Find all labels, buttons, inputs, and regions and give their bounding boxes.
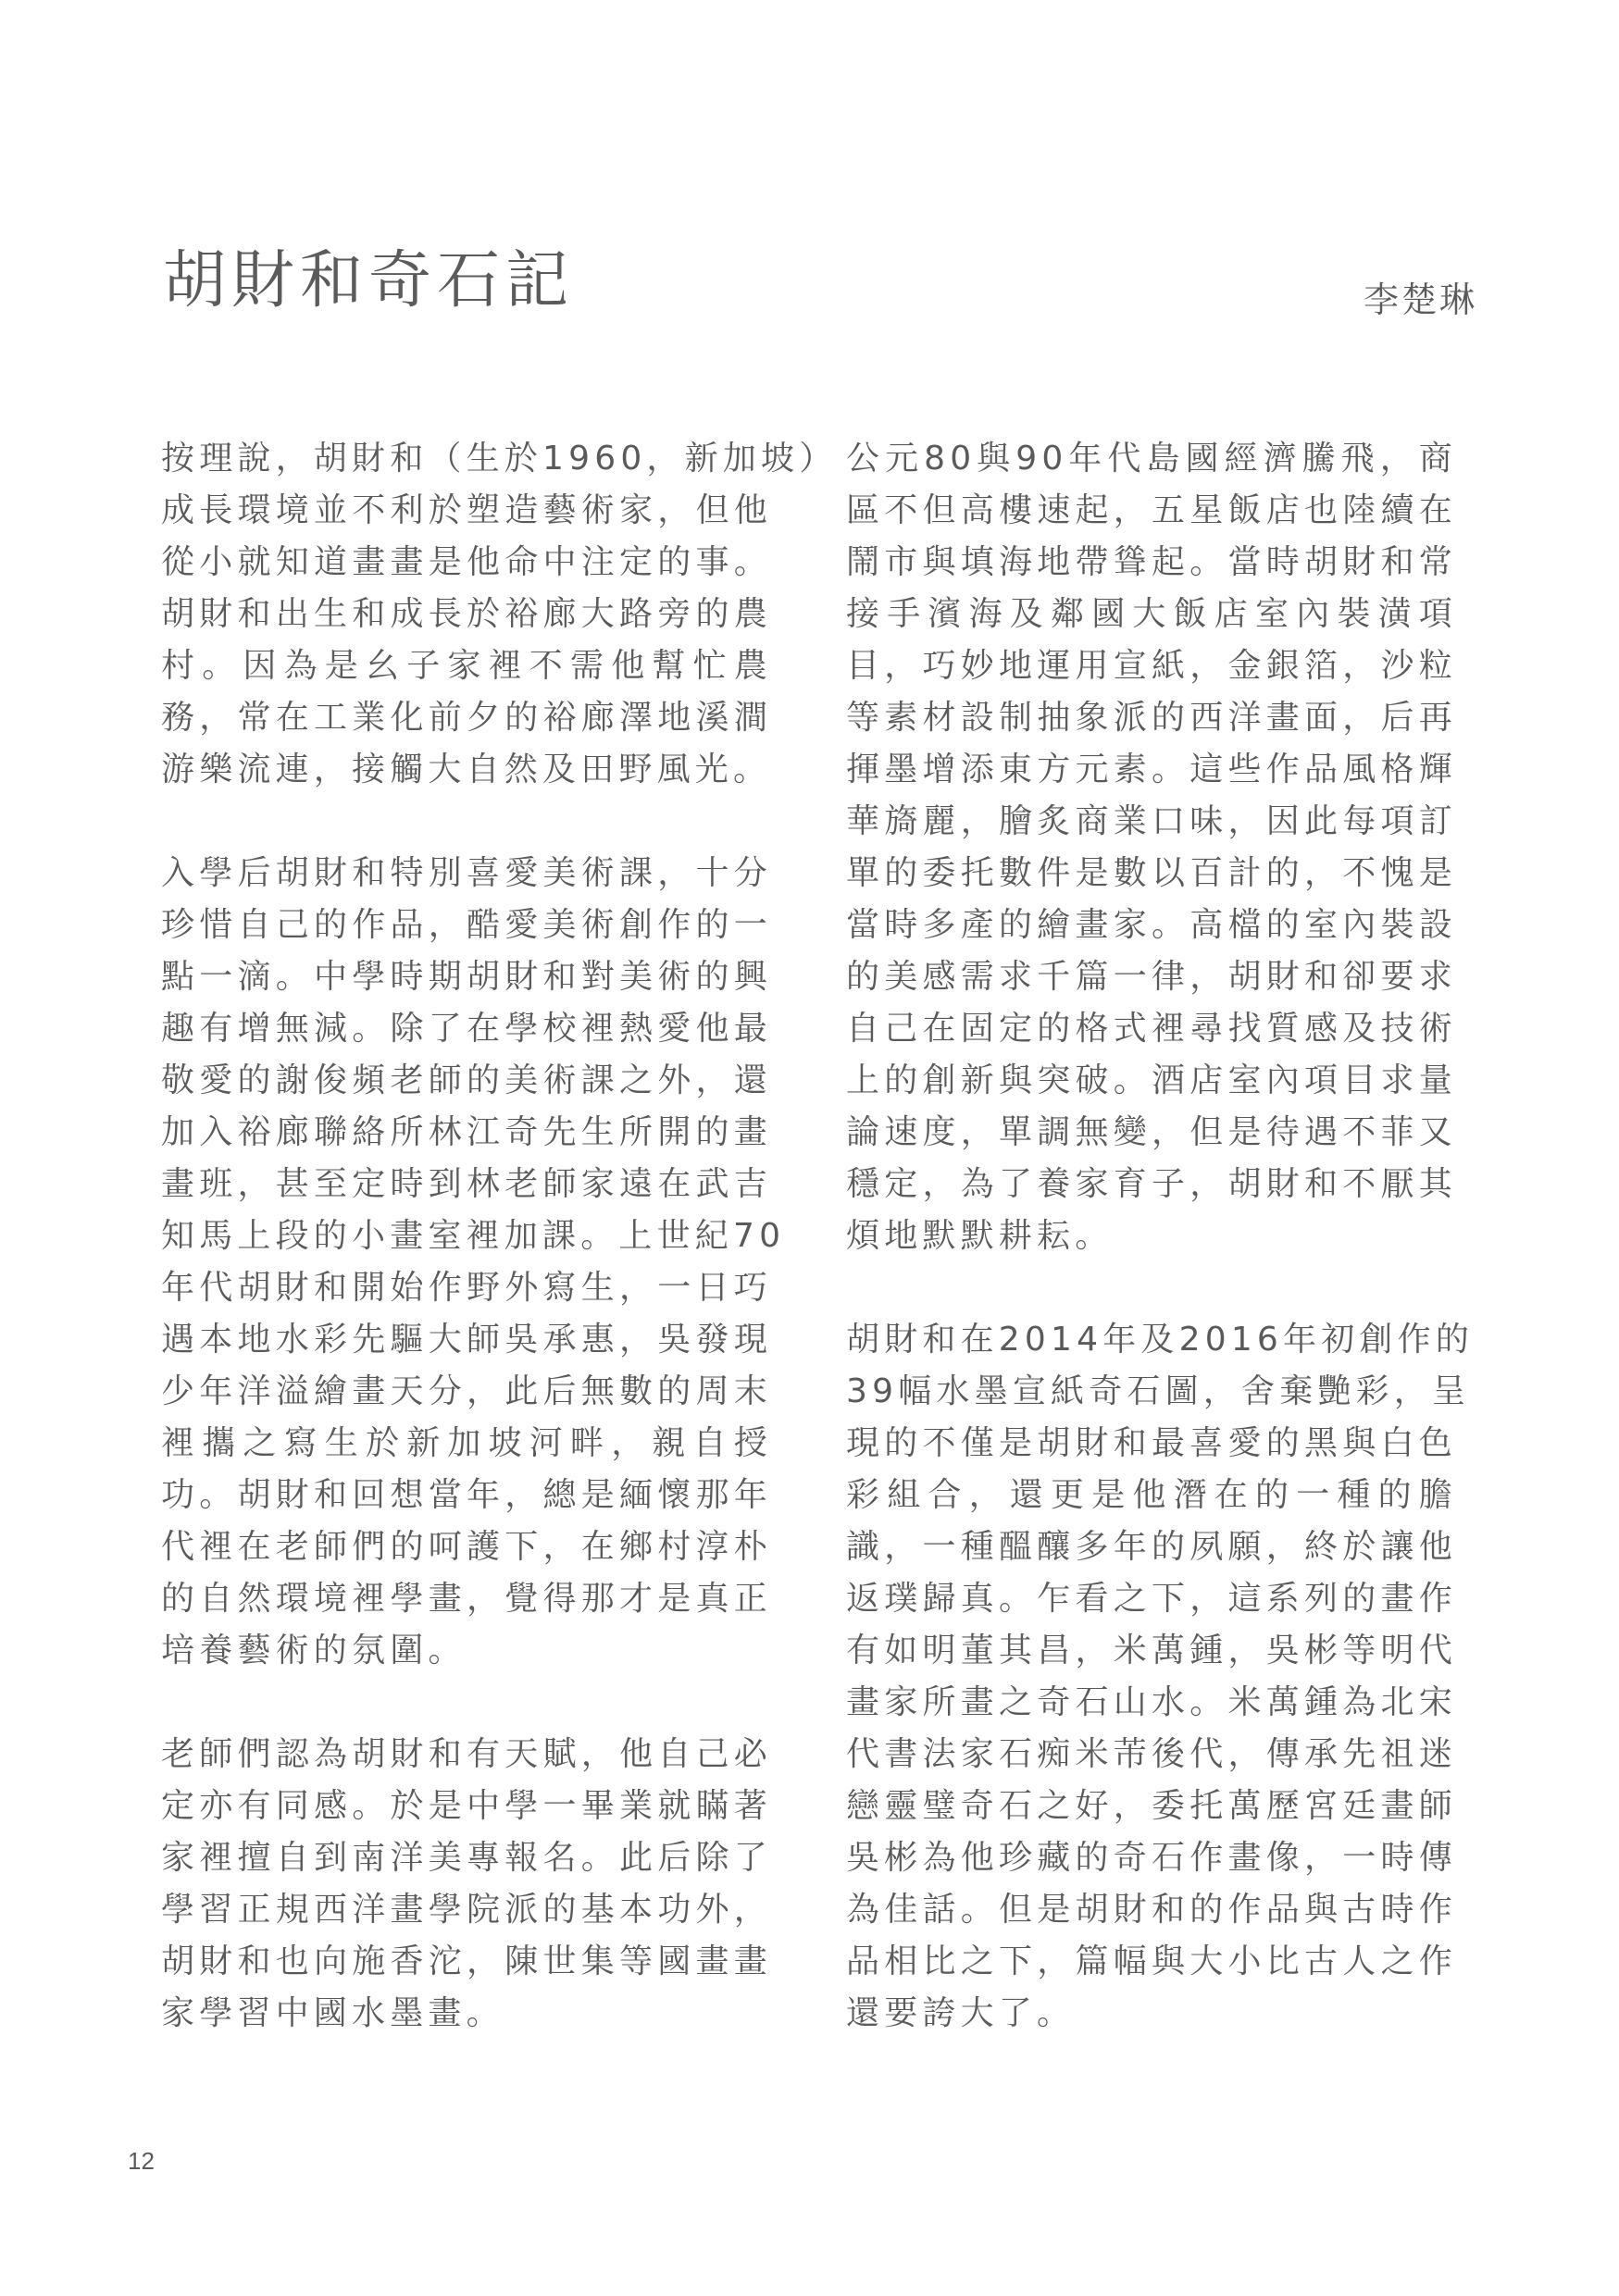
text-line: 遇本地水彩先驅大師吳承惠，吳發現 bbox=[161, 1314, 772, 1366]
text-line: 少年洋溢繪畫天分，此后無數的周末 bbox=[161, 1366, 772, 1418]
text-line: 游樂流連，接觸大自然及田野風光。 bbox=[161, 744, 772, 796]
text-line: 品相比之下，篇幅與大小比古人之作 bbox=[846, 1936, 1457, 1988]
text-line: 公元80與90年代島國經濟騰飛，商 bbox=[846, 433, 1457, 485]
text-line: 務，常在工業化前夕的裕廊澤地溪澗 bbox=[161, 692, 772, 744]
text-line: 胡財和也向施香沱，陳世集等國畫畫 bbox=[161, 1936, 772, 1988]
text-line: 華旖麗，膾炙商業口味，因此每項訂 bbox=[846, 796, 1457, 848]
text-line: 接手濱海及鄰國大飯店室內裝潢項 bbox=[846, 589, 1457, 640]
text-line: 胡財和出生和成長於裕廊大路旁的農 bbox=[161, 589, 772, 640]
text-line: 彩組合，還更是他潛在的一種的膽 bbox=[846, 1470, 1457, 1521]
text-line: 現的不僅是胡財和最喜愛的黑與白色 bbox=[846, 1418, 1457, 1470]
text-line: 39幅水墨宣紙奇石圖，舍棄艷彩，呈 bbox=[846, 1366, 1457, 1418]
text-line: 煩地默默耕耘。 bbox=[846, 1210, 1457, 1262]
text-line: 揮墨增添東方元素。這些作品風格輝 bbox=[846, 744, 1457, 796]
text-line: 返璞歸真。乍看之下，這系列的畫作 bbox=[846, 1573, 1457, 1625]
text-line: 培養藝術的氛圍。 bbox=[161, 1625, 772, 1677]
text-line: 吳彬為他珍藏的奇石作畫像，一時傳 bbox=[846, 1832, 1457, 1884]
text-line: 功。胡財和回想當年，總是緬懷那年 bbox=[161, 1470, 772, 1521]
text-line: 為佳話。但是胡財和的作品與古時作 bbox=[846, 1884, 1457, 1936]
text-line: 上的創新與突破。酒店室內項目求量 bbox=[846, 1055, 1457, 1107]
text-line: 畫班，甚至定時到林老師家遠在武吉 bbox=[161, 1159, 772, 1210]
page-number: 12 bbox=[128, 2147, 155, 2176]
text-line: 畫家所畫之奇石山水。米萬鍾為北宋 bbox=[846, 1677, 1457, 1729]
paragraph: 入學后胡財和特別喜愛美術課，十分珍惜自己的作品，酷愛美術創作的一點一滴。中學時期… bbox=[161, 848, 772, 1677]
text-line: 目，巧妙地運用宣紙，金銀箔，沙粒 bbox=[846, 640, 1457, 692]
text-line: 趣有增無減。除了在學校裡熱愛他最 bbox=[161, 1003, 772, 1055]
paragraph: 按理說，胡財和（生於1960，新加坡）成長環境並不利於塑造藝術家，但他從小就知道… bbox=[161, 433, 772, 796]
text-line: 鬧市與填海地帶聳起。當時胡財和常 bbox=[846, 537, 1457, 589]
article-title: 胡財和奇石記 bbox=[163, 250, 574, 313]
text-line: 有如明董其昌，米萬鍾，吳彬等明代 bbox=[846, 1625, 1457, 1677]
text-line: 單的委托數件是數以百計的，不愧是 bbox=[846, 848, 1457, 900]
text-line: 按理說，胡財和（生於1960，新加坡） bbox=[161, 433, 772, 485]
text-line: 學習正規西洋畫學院派的基本功外， bbox=[161, 1884, 772, 1936]
text-line: 區不但高樓速起，五星飯店也陸續在 bbox=[846, 485, 1457, 537]
paragraph: 老師們認為胡財和有天賦，他自己必定亦有同感。於是中學一畢業就瞞著家裡擅自到南洋美… bbox=[161, 1729, 772, 2040]
text-line: 戀靈璧奇石之好，委托萬歷宮廷畫師 bbox=[846, 1781, 1457, 1832]
text-line: 村。因為是幺子家裡不需他幫忙農 bbox=[161, 640, 772, 692]
text-line: 代裡在老師們的呵護下，在鄉村淳朴 bbox=[161, 1521, 772, 1573]
text-line: 加入裕廊聯絡所林江奇先生所開的畫 bbox=[161, 1107, 772, 1159]
text-line: 識，一種醞釀多年的夙願，終於讓他 bbox=[846, 1521, 1457, 1573]
paragraph: 胡財和在2014年及2016年初創作的39幅水墨宣紙奇石圖，舍棄艷彩，呈現的不僅… bbox=[846, 1314, 1457, 2040]
text-line: 的自然環境裡學畫，覺得那才是真正 bbox=[161, 1573, 772, 1625]
right-column: 公元80與90年代島國經濟騰飛，商區不但高樓速起，五星飯店也陸續在鬧市與填海地帶… bbox=[846, 433, 1457, 2091]
text-line: 穩定，為了養家育子，胡財和不厭其 bbox=[846, 1159, 1457, 1210]
author-name: 李楚琳 bbox=[1364, 282, 1477, 317]
text-line: 等素材設制抽象派的西洋畫面，后再 bbox=[846, 692, 1457, 744]
text-line: 還要誇大了。 bbox=[846, 1988, 1457, 2040]
text-line: 家學習中國水墨畫。 bbox=[161, 1988, 772, 2040]
text-line: 老師們認為胡財和有天賦，他自己必 bbox=[161, 1729, 772, 1781]
text-line: 珍惜自己的作品，酷愛美術創作的一 bbox=[161, 900, 772, 951]
text-line: 的美感需求千篇一律，胡財和卻要求 bbox=[846, 951, 1457, 1003]
text-line: 胡財和在2014年及2016年初創作的 bbox=[846, 1314, 1457, 1366]
text-line: 裡攜之寫生於新加坡河畔，親自授 bbox=[161, 1418, 772, 1470]
text-line: 入學后胡財和特別喜愛美術課，十分 bbox=[161, 848, 772, 900]
left-column: 按理說，胡財和（生於1960，新加坡）成長環境並不利於塑造藝術家，但他從小就知道… bbox=[161, 433, 772, 2091]
text-line: 家裡擅自到南洋美專報名。此后除了 bbox=[161, 1832, 772, 1884]
text-line: 當時多產的繪畫家。高檔的室內裝設 bbox=[846, 900, 1457, 951]
text-line: 自己在固定的格式裡尋找質感及技術 bbox=[846, 1003, 1457, 1055]
text-line: 成長環境並不利於塑造藝術家，但他 bbox=[161, 485, 772, 537]
text-line: 敬愛的謝俊頻老師的美術課之外，還 bbox=[161, 1055, 772, 1107]
text-line: 知馬上段的小畫室裡加課。上世紀70 bbox=[161, 1210, 772, 1262]
paragraph: 公元80與90年代島國經濟騰飛，商區不但高樓速起，五星飯店也陸續在鬧市與填海地帶… bbox=[846, 433, 1457, 1262]
text-line: 年代胡財和開始作野外寫生，一日巧 bbox=[161, 1262, 772, 1314]
text-line: 論速度，單調無變，但是待遇不菲又 bbox=[846, 1107, 1457, 1159]
text-line: 代書法家石痴米芾後代，傳承先祖迷 bbox=[846, 1729, 1457, 1781]
text-line: 點一滴。中學時期胡財和對美術的興 bbox=[161, 951, 772, 1003]
text-line: 定亦有同感。於是中學一畢業就瞞著 bbox=[161, 1781, 772, 1832]
text-line: 從小就知道畫畫是他命中注定的事。 bbox=[161, 537, 772, 589]
